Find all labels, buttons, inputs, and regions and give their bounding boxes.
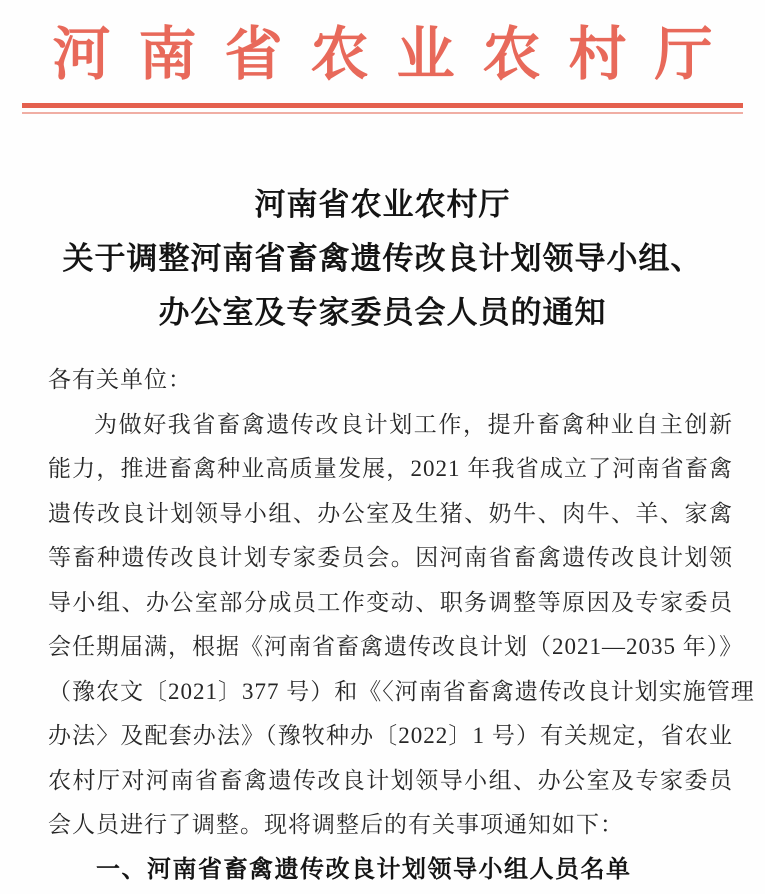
letterhead-rule-thin bbox=[22, 112, 743, 114]
letterhead-agency-name: 河南省农业农村厅 bbox=[0, 26, 765, 84]
document-page: 河南省农业农村厅 河南省农业农村厅 关于调整河南省畜禽遗传改良计划领导小组、 办… bbox=[0, 0, 765, 894]
document-body: 各有关单位： 为做好我省畜禽遗传改良计划工作，提升畜禽种业自主创新 能力，推进畜… bbox=[48, 358, 733, 892]
section-1-heading: 一、河南省畜禽遗传改良计划领导小组人员名单 bbox=[48, 848, 733, 893]
title-line-2: 关于调整河南省畜禽遗传改良计划领导小组、 bbox=[0, 232, 765, 286]
paragraph-line: 等畜种遗传改良计划专家委员会。因河南省畜禽遗传改良计划领 bbox=[48, 536, 733, 581]
title-line-3: 办公室及专家委员会人员的通知 bbox=[0, 286, 765, 340]
paragraph-line: （豫农文〔2021〕377 号）和《〈河南省畜禽遗传改良计划实施管理 bbox=[48, 670, 733, 715]
paragraph-line: 能力，推进畜禽种业高质量发展，2021 年我省成立了河南省畜禽 bbox=[48, 447, 733, 492]
title-line-1: 河南省农业农村厅 bbox=[0, 178, 765, 232]
salutation: 各有关单位： bbox=[48, 358, 733, 403]
paragraph-line: 为做好我省畜禽遗传改良计划工作，提升畜禽种业自主创新 bbox=[48, 403, 733, 448]
body-paragraph: 为做好我省畜禽遗传改良计划工作，提升畜禽种业自主创新 能力，推进畜禽种业高质量发… bbox=[48, 403, 733, 848]
letterhead-rule-thick bbox=[22, 103, 743, 108]
document-title: 河南省农业农村厅 关于调整河南省畜禽遗传改良计划领导小组、 办公室及专家委员会人… bbox=[0, 178, 765, 340]
paragraph-line: 遗传改良计划领导小组、办公室及生猪、奶牛、肉牛、羊、家禽 bbox=[48, 492, 733, 537]
paragraph-line: 会任期届满，根据《河南省畜禽遗传改良计划（2021—2035 年）》 bbox=[48, 625, 733, 670]
paragraph-line: 农村厅对河南省畜禽遗传改良计划领导小组、办公室及专家委员 bbox=[48, 759, 733, 804]
paragraph-line: 导小组、办公室部分成员工作变动、职务调整等原因及专家委员 bbox=[48, 581, 733, 626]
paragraph-line: 办法〉及配套办法》（豫牧种办〔2022〕1 号）有关规定，省农业 bbox=[48, 714, 733, 759]
paragraph-line: 会人员进行了调整。现将调整后的有关事项通知如下： bbox=[48, 803, 733, 848]
